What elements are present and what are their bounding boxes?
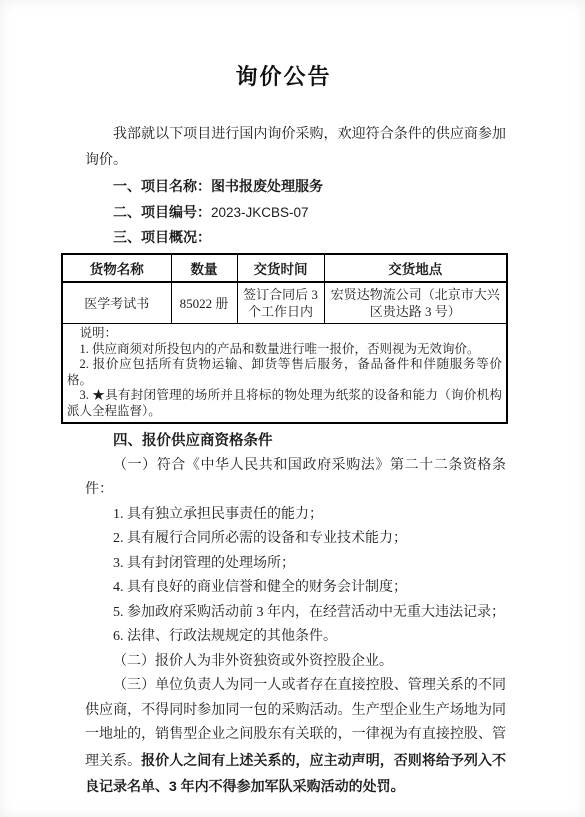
cell-delivery-time: 签订合同后 3 个工作日内 <box>237 282 324 324</box>
header-delivery-place: 交货地点 <box>324 254 507 282</box>
section4-sub3: （三）单位负责人为同一人或者存在直接控股、管理关系的不同供应商，不得同时参加同一… <box>85 674 506 801</box>
section4-sub1: （一）符合《中华人民共和国政府采购法》第二十二条资格条件： <box>85 454 506 503</box>
qualification-item-6: 6. 法律、行政法规规定的其他条件。 <box>113 625 506 650</box>
cell-quantity: 85022 册 <box>171 282 237 324</box>
header-goods-name: 货物名称 <box>62 254 171 282</box>
cell-delivery-place: 宏贤达物流公司（北京市大兴区贵达路 3 号） <box>324 282 507 324</box>
project-overview-table: 货物名称 数量 交货时间 交货地点 医学考试书 85022 册 签订合同后 3 … <box>61 253 508 424</box>
table-header-row: 货物名称 数量 交货时间 交货地点 <box>62 254 507 282</box>
header-quantity: 数量 <box>171 254 237 282</box>
project-code-line: 二、项目编号：2023-JKCBS-07 <box>113 200 506 226</box>
project-overview-label: 三、项目概况： <box>113 231 211 246</box>
table-row: 医学考试书 85022 册 签订合同后 3 个工作日内 宏贤达物流公司（北京市大… <box>62 282 507 324</box>
note-line-2: 2. 报价应包括所有货物运输、卸货等售后服务，备品备件和伴随服务等价格。 <box>67 357 502 388</box>
note-line-3: 3. ★具有封闭管理的场所并且将标的物处理为纸浆的设备和能力（询价机构派人全程监… <box>67 388 502 419</box>
header-delivery-time: 交货时间 <box>237 254 324 282</box>
qualification-item-3: 3. 具有封闭管理的处理场所； <box>113 552 506 577</box>
project-code-label: 二、项目编号： <box>113 206 211 221</box>
project-overview-line: 三、项目概况： <box>113 226 506 251</box>
table-notes-row: 说明： 1. 供应商须对所投包内的产品和数量进行唯一报价，否则视为无效询价。 2… <box>62 324 507 424</box>
qualification-item-1: 1. 具有独立承担民事责任的能力； <box>113 503 506 528</box>
notes-title: 说明： <box>67 326 502 342</box>
qualification-item-2: 2. 具有履行合同所必需的设备和专业技术能力； <box>113 527 506 552</box>
document-page: 询价公告 我部就以下项目进行国内询价采购，欢迎符合条件的供应商参加询价。 一、项… <box>0 0 585 817</box>
cell-goods-name: 医学考试书 <box>62 282 171 324</box>
section4-sub3-bold-text: 报价人之间有上述关系的，应主动声明，否则将给予列入不良记录名单、3 年内不得参加… <box>85 752 506 795</box>
qualification-item-4: 4. 具有良好的商业信誉和健全的财务会计制度； <box>113 576 506 601</box>
project-name-line: 一、项目名称：图书报废处理服务 <box>113 174 506 200</box>
section4-sub2: （二）报价人为非外资独资或外资控股企业。 <box>85 650 506 675</box>
page-title: 询价公告 <box>61 62 506 92</box>
project-name-label: 一、项目名称： <box>113 180 211 195</box>
qualification-item-5: 5. 参加政府采购活动前 3 年内，在经营活动中无重大违法记录； <box>113 601 506 626</box>
note-line-1: 1. 供应商须对所投包内的产品和数量进行唯一报价，否则视为无效询价。 <box>67 342 502 358</box>
intro-paragraph: 我部就以下项目进行国内询价采购，欢迎符合条件的供应商参加询价。 <box>85 122 506 174</box>
notes-cell: 说明： 1. 供应商须对所投包内的产品和数量进行唯一报价，否则视为无效询价。 2… <box>62 324 507 424</box>
section4-heading: 四、报价供应商资格条件 <box>113 429 506 454</box>
project-name-value: 图书报废处理服务 <box>211 178 323 194</box>
project-code-value: 2023-JKCBS-07 <box>211 205 309 220</box>
